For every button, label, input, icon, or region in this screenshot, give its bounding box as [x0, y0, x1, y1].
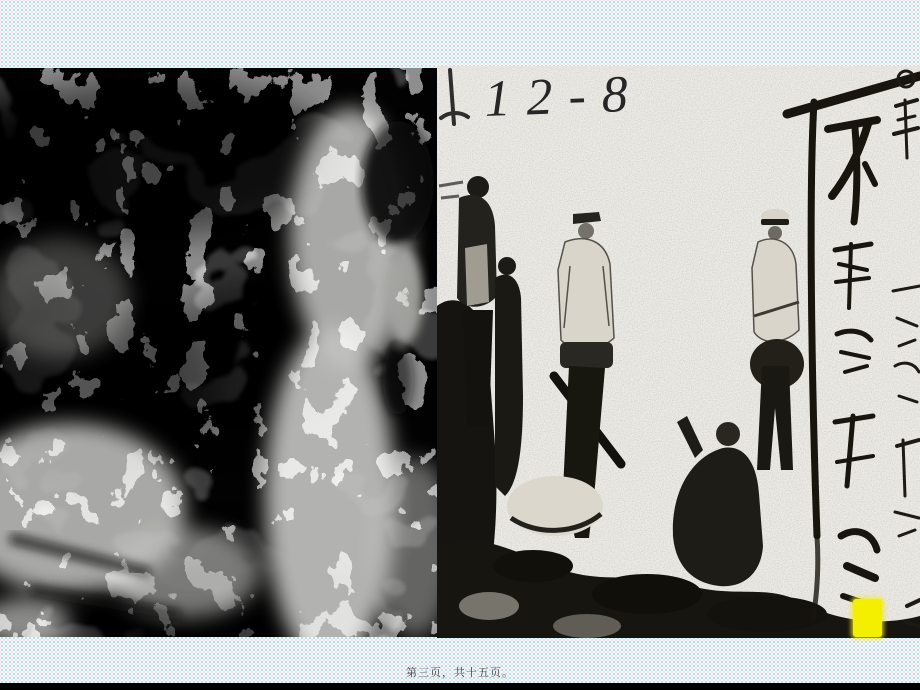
yellow-highlight-marker — [853, 599, 882, 637]
photo-right-canvas: 12-8 — [437, 66, 920, 638]
bottom-black-bar — [0, 683, 920, 690]
photo-left-canvas — [0, 68, 437, 637]
photo-right-soldiers: 12-8 — [437, 66, 920, 638]
handwritten-inscription: 12-8 — [483, 66, 644, 128]
light-boat-blob — [507, 476, 603, 536]
page-footer: 第三页，共十五页。 — [0, 666, 920, 681]
page-number-label: 第三页，共十五页。 — [406, 667, 514, 679]
photo-left-forest — [0, 68, 437, 637]
presentation-slide: 12-8 — [0, 0, 920, 690]
